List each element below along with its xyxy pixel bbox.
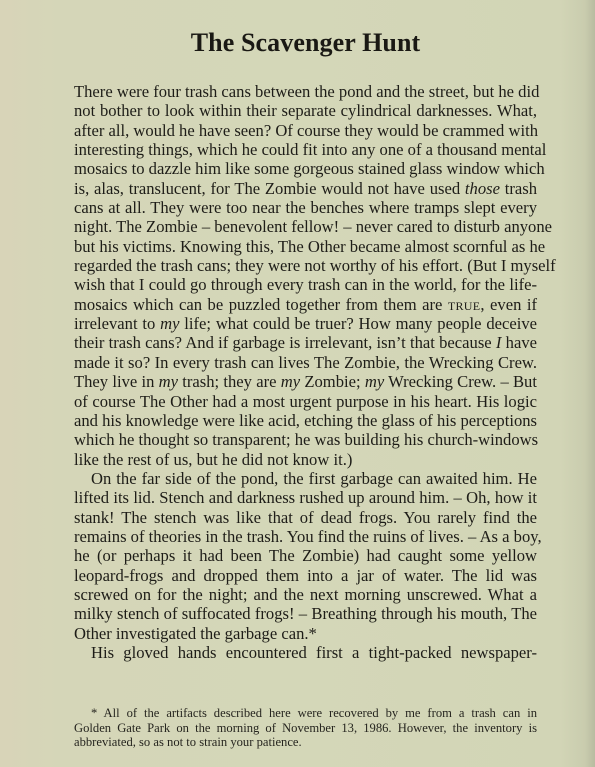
text-line: abbreviated, so as not to strain your pa… <box>74 735 537 750</box>
text-line: he (or perhaps it had been The Zombie) h… <box>74 546 537 565</box>
text-line: mosaics which can be puzzled together fr… <box>74 295 537 314</box>
text-line: On the far side of the pond, the first g… <box>74 469 537 488</box>
footnote: * All of the artifacts described here we… <box>74 706 537 750</box>
text-line: of course The Other had a most urgent pu… <box>74 392 537 411</box>
text-line: wish that I could go through every trash… <box>74 275 537 294</box>
text-line: Golden Gate Park on the morning of Novem… <box>74 721 537 736</box>
text-line: There were four trash cans between the p… <box>74 82 537 101</box>
chapter-title: The Scavenger Hunt <box>74 28 537 58</box>
text-line: regarded the trash cans; they were not w… <box>74 256 537 275</box>
paragraph-3: His gloved hands encountered first a tig… <box>74 643 537 662</box>
emphasis: I <box>496 333 502 352</box>
text-line: * All of the artifacts described here we… <box>74 706 537 721</box>
text-line: They live in my trash; they are my Zombi… <box>74 372 537 391</box>
text-line: made it so? In every trash can lives The… <box>74 353 537 372</box>
text-line: screwed on for the night; and the next m… <box>74 585 537 604</box>
text-line: not bother to look within their separate… <box>74 101 537 120</box>
text-line: their trash cans? And if garbage is irre… <box>74 333 537 352</box>
text-line: night. The Zombie – benevolent fellow! –… <box>74 217 537 236</box>
text-line: His gloved hands encountered first a tig… <box>74 643 537 662</box>
text-line: but his victims. Knowing this, The Other… <box>74 237 537 256</box>
text-line: which he thought so transparent; he was … <box>74 430 537 449</box>
small-caps-word: TRUE <box>448 295 481 314</box>
emphasis: my <box>365 372 384 391</box>
emphasis: my <box>159 372 178 391</box>
text-line: lifted its lid. Stench and darkness rush… <box>74 488 537 507</box>
paragraph-2: On the far side of the pond, the first g… <box>74 469 537 643</box>
text-line: cans at all. They were too near the benc… <box>74 198 537 217</box>
emphasis: my <box>160 314 179 333</box>
text-line: remains of theories in the trash. You fi… <box>74 527 537 546</box>
text-line: interesting things, which he could fit i… <box>74 140 537 159</box>
text-line: after all, would he have seen? Of course… <box>74 121 537 140</box>
text-line: stank! The stench was like that of dead … <box>74 508 537 527</box>
text-line: leopard-frogs and dropped them into a ja… <box>74 566 537 585</box>
text-line: irrelevant to my life; what could be tru… <box>74 314 537 333</box>
emphasis: those <box>465 179 500 198</box>
text-line: like the rest of us, but he did not know… <box>74 450 537 469</box>
text-line: milky stench of suffocated frogs! – Brea… <box>74 604 537 623</box>
body-text: There were four trash cans between the p… <box>74 82 537 662</box>
text-line: and his knowledge were like acid, etchin… <box>74 411 537 430</box>
text-line: mosaics to dazzle him like some gorgeous… <box>74 159 537 178</box>
paragraph-1: There were four trash cans between the p… <box>74 82 537 469</box>
emphasis: my <box>281 372 300 391</box>
text-line: is, alas, translucent, for The Zombie wo… <box>74 179 537 198</box>
text-line: Other investigated the garbage can.* <box>74 624 537 643</box>
